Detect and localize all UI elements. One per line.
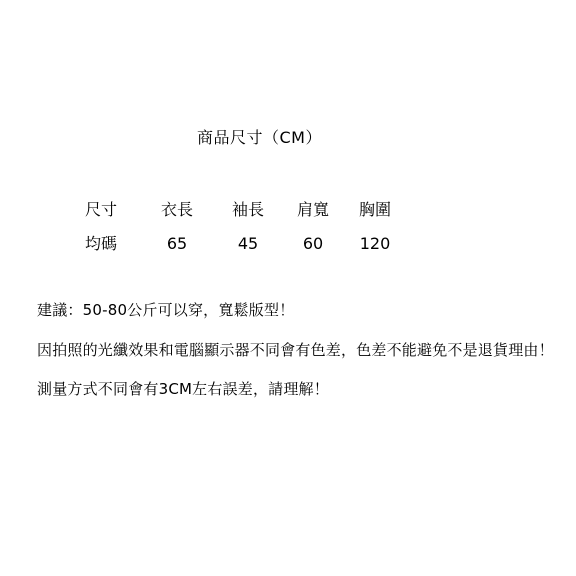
note-weight-suggestion: 建議：50-80公斤可以穿，寬鬆版型！ <box>37 301 294 319</box>
product-size-chart: 商品尺寸（CM） 尺寸 衣長 袖長 肩寬 胸圍 均碼 65 45 60 120 … <box>0 0 576 576</box>
note-measurement-error: 測量方式不同會有3CM左右誤差，請理解！ <box>37 380 329 398</box>
size-table-header-row: 尺寸 衣長 袖長 肩寬 胸圍 <box>0 201 576 219</box>
value-bust: 120 <box>330 235 420 253</box>
note-color-difference: 因拍照的光纖效果和電腦顯示器不同會有色差，色差不能避免不是退貨理由！ <box>37 341 554 359</box>
header-bust: 胸圍 <box>330 201 420 219</box>
size-table-data-row: 均碼 65 45 60 120 <box>0 235 576 253</box>
page-title: 商品尺寸（CM） <box>197 129 322 147</box>
